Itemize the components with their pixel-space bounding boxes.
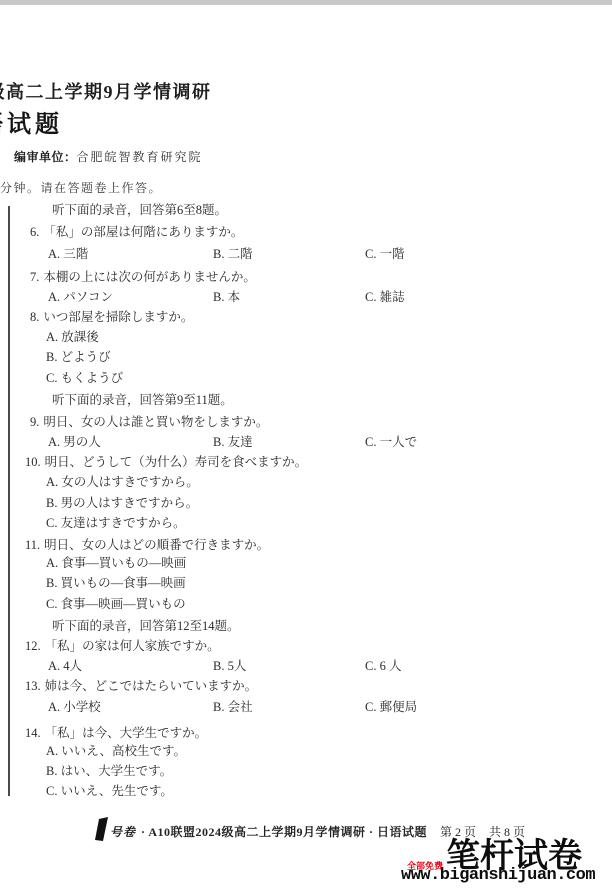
section-intro-3: 听下面的录音，回答第12至14题。: [0, 616, 612, 636]
question-11-number: 11.: [25, 538, 40, 552]
question-7-options: A. パソコン B. 本 C. 雑誌: [0, 287, 612, 307]
question-9: 9.明日、女の人は誰と買い物をしますか。: [0, 412, 612, 432]
title-line-1: 级高二上学期9月学情调研: [0, 78, 212, 104]
question-7: 7.本棚の上には次の何がありませんか。: [0, 267, 612, 287]
section-intro-1: 听下面的录音，回答第6至8题。: [0, 200, 612, 220]
question-12-option-a: A. 4人: [48, 656, 82, 676]
question-6-option-a: A. 三階: [48, 244, 88, 264]
question-14-option-a: A. いいえ、高校生です。: [0, 741, 612, 761]
title-line-2-cut-char: 语: [0, 104, 7, 139]
question-9-option-c: C. 一人で: [365, 432, 417, 452]
question-6-option-b: B. 二階: [213, 244, 253, 264]
question-10: 10.明日、どうして（为什么）寿司を食べますか。: [0, 452, 612, 472]
question-6-option-c: C. 一階: [365, 244, 405, 264]
question-6: 6.「私」の部屋は何階にありますか。: [0, 222, 612, 242]
question-11-text: 明日、女の人はどの順番で行きますか。: [44, 538, 269, 552]
exam-brand-logo-icon: [95, 817, 108, 845]
question-13: 13.姉は今、どこではたらいていますか。: [0, 676, 612, 696]
title-line-1-text: 高二上学期9月学情调研: [6, 82, 212, 102]
question-10-option-a: A. 女の人はすきですから。: [0, 472, 612, 492]
question-13-options: A. 小学校 B. 会社 C. 郵便局: [0, 697, 612, 717]
question-6-options: A. 三階 B. 二階 C. 一階: [0, 244, 612, 264]
question-12-options: A. 4人 B. 5人 C. 6 人: [0, 656, 612, 676]
question-8-option-a: A. 放課後: [0, 327, 612, 347]
question-6-number: 6.: [30, 225, 39, 239]
questions-area: 听下面的录音，回答第6至8题。 6.「私」の部屋は何階にありますか。 A. 三階…: [0, 200, 612, 801]
question-10-text: 明日、どうして（为什么）寿司を食べますか。: [45, 455, 308, 469]
question-9-option-a: A. 男の人: [48, 432, 101, 452]
question-11: 11.明日、女の人はどの順番で行きますか。: [0, 535, 612, 555]
question-13-option-b: B. 会社: [213, 697, 253, 717]
question-12-option-b: B. 5人: [213, 656, 246, 676]
editor-value: 合肥皖智教育研究院: [77, 150, 203, 164]
question-7-number: 7.: [30, 270, 39, 284]
question-13-option-a: A. 小学校: [48, 697, 101, 717]
question-7-text: 本棚の上には次の何がありませんか。: [43, 270, 256, 284]
question-7-option-a: A. パソコン: [48, 287, 113, 307]
question-10-number: 10.: [25, 455, 41, 469]
question-10-option-c: C. 友達はすきですから。: [0, 513, 612, 533]
question-9-options: A. 男の人 B. 友達 C. 一人で: [0, 432, 612, 452]
question-11-option-b: B. 買いもの—食事—映画: [0, 573, 612, 593]
question-8-text: いつ部屋を掃除しますか。: [43, 310, 193, 324]
question-13-number: 13.: [25, 679, 41, 693]
instruction-line: 分钟。请在答题卷上作答。: [0, 179, 162, 196]
question-10-option-b: B. 男の人はすきですから。: [0, 493, 612, 513]
title-line-2: 语试题: [0, 104, 63, 139]
question-9-text: 明日、女の人は誰と買い物をしますか。: [43, 415, 268, 429]
question-8: 8.いつ部屋を掃除しますか。: [0, 307, 612, 327]
question-11-option-c: C. 食事—映画—買いもの: [0, 594, 612, 614]
watermark-url: www.biganshijuan.com: [401, 866, 595, 885]
question-13-text: 姉は今、どこではたらいていますか。: [45, 679, 258, 693]
question-12-text: 「私」の家は何人家族ですか。: [45, 639, 220, 653]
question-12-option-c: C. 6 人: [365, 656, 401, 676]
footer-meta: · A10联盟2024级高二上学期9月学情调研 · 日语试题: [141, 823, 427, 840]
question-12: 12.「私」の家は何人家族ですか。: [0, 636, 612, 656]
editor-line: 编审单位：合肥皖智教育研究院: [14, 148, 203, 165]
scan-top-bar: [0, 0, 612, 5]
question-9-number: 9.: [30, 415, 39, 429]
question-7-option-c: C. 雑誌: [365, 287, 405, 307]
question-8-option-c: C. もくようび: [0, 368, 612, 388]
question-14-text: 「私」は今、大学生ですか。: [45, 726, 208, 740]
question-7-option-b: B. 本: [213, 287, 240, 307]
question-14: 14.「私」は今、大学生ですか。: [0, 723, 612, 743]
question-12-number: 12.: [25, 639, 41, 653]
question-8-option-b: B. どようび: [0, 347, 612, 367]
section-intro-2: 听下面的录音，回答第9至11题。: [0, 390, 612, 410]
question-14-option-b: B. はい、大学生です。: [0, 761, 612, 781]
title-line-2-text: 试题: [7, 112, 63, 138]
question-8-number: 8.: [30, 310, 39, 324]
editor-label: 编审单位：: [14, 150, 77, 164]
question-14-option-c: C. いいえ、先生です。: [0, 781, 612, 801]
scanned-test-page: 级高二上学期9月学情调研 语试题 编审单位：合肥皖智教育研究院 分钟。请在答题卷…: [0, 0, 612, 893]
question-6-text: 「私」の部屋は何階にありますか。: [43, 225, 243, 239]
question-9-option-b: B. 友達: [213, 432, 253, 452]
question-13-option-c: C. 郵便局: [365, 697, 417, 717]
question-11-option-a: A. 食事—買いもの—映画: [0, 553, 612, 573]
question-14-number: 14.: [25, 726, 41, 740]
footer-logo-text: 号卷: [110, 823, 136, 840]
